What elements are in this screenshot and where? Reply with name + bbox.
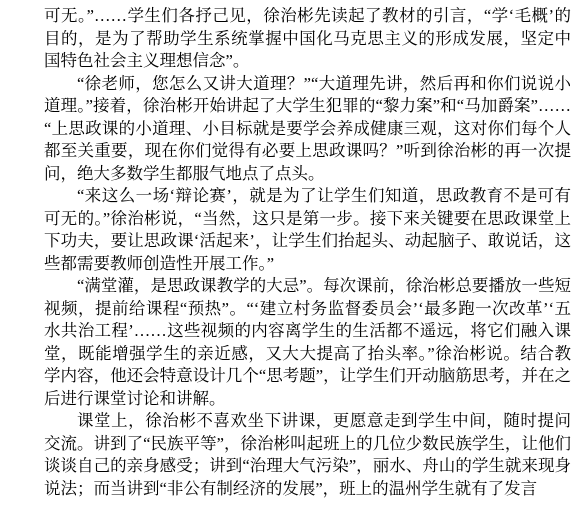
document-page: 可无。”……学生们各抒己见，徐治彬先读起了教材的引言，“学‘毛概’的目的，是为了… [0,0,573,506]
paragraph-continuation: 可无。”……学生们各抒己见，徐治彬先读起了教材的引言，“学‘毛概’的目的，是为了… [44,5,571,73]
paragraph: “来这么一场‘辩论赛’，就是为了让学生们知道，思政教育不是可有可无的。”徐治彬说… [44,185,571,275]
paragraph: “徐老师，您怎么又讲大道理？”“大道理先讲，然后再和你们说说小道理。”接着，徐治… [44,73,571,186]
paragraph: 课堂上，徐治彬不喜欢坐下讲课，更愿意走到学生中间，随时提问交流。讲到了“民族平等… [44,410,571,500]
paragraph: “满堂灌，是思政课教学的大忌”。每次课前，徐治彬总要播放一些短视频，提前给课程“… [44,275,571,410]
